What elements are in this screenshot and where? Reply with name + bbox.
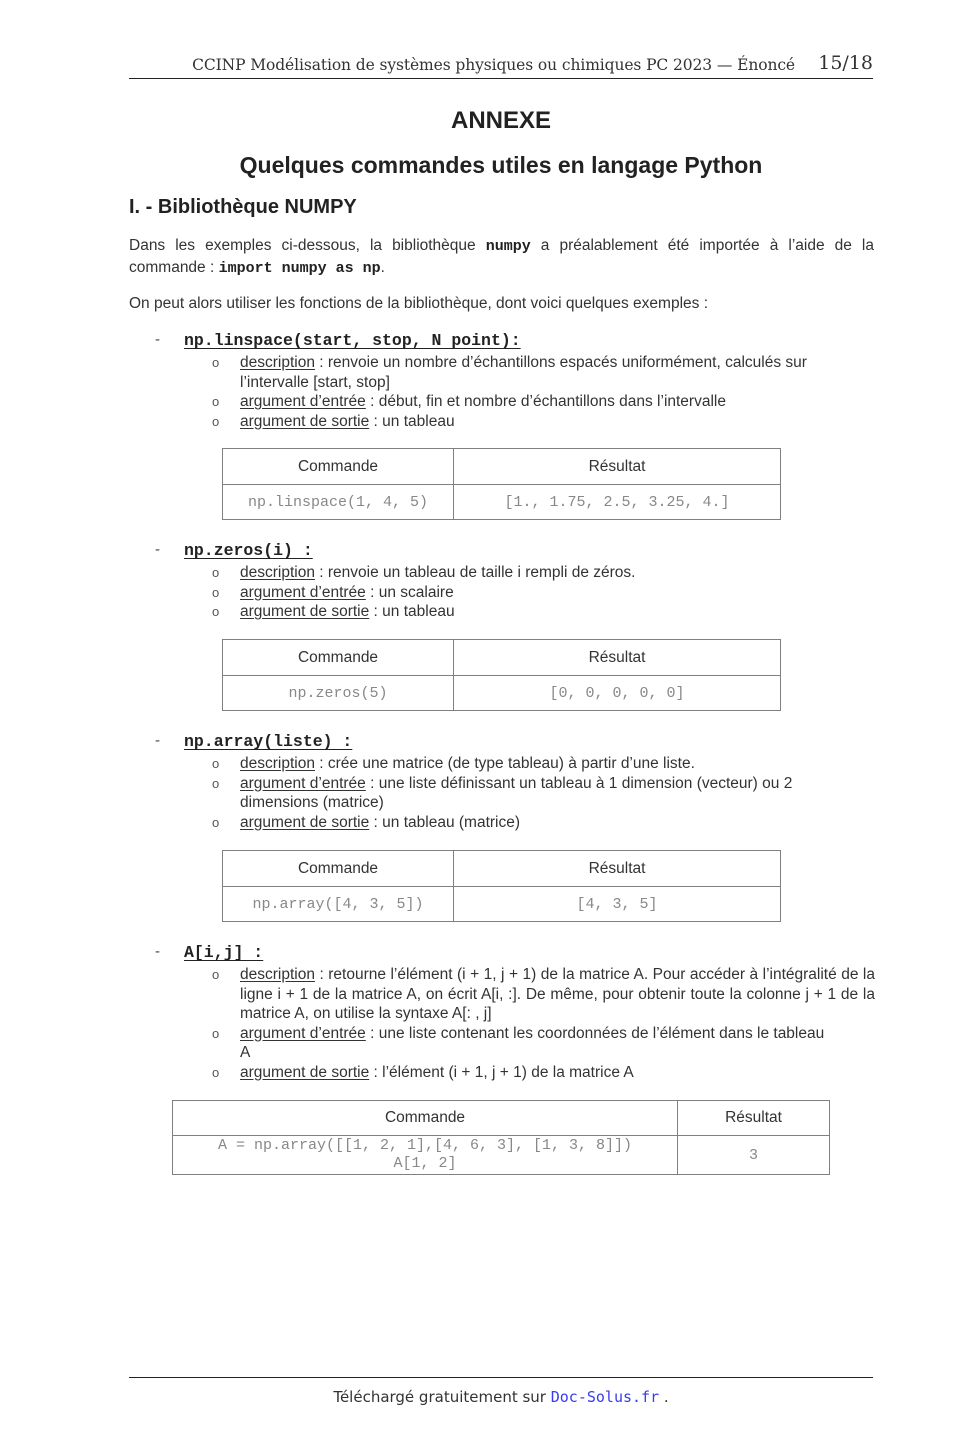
list-dash: - bbox=[155, 732, 160, 749]
result-cell: [1., 1.75, 2.5, 3.25, 4.] bbox=[454, 485, 781, 520]
column-header-command: Commande bbox=[173, 1101, 678, 1136]
section-title: I. - Bibliothèque NUMPY bbox=[129, 196, 357, 219]
output-item: oargument de sortie : un tableau bbox=[155, 602, 875, 622]
column-header-command: Commande bbox=[223, 640, 454, 676]
input-item: oargument d’entrée : une liste définissa… bbox=[155, 774, 835, 813]
function-zeros: - np.zeros(i) : odescription : renvoie u… bbox=[155, 541, 875, 622]
circle-bullet-icon: o bbox=[212, 392, 219, 412]
command-cell: np.array([4, 3, 5]) bbox=[223, 887, 454, 922]
result-cell: [4, 3, 5] bbox=[454, 887, 781, 922]
description-item: odescription : renvoie un tableau de tai… bbox=[155, 563, 875, 583]
function-name: np.zeros(i) : bbox=[184, 541, 313, 560]
input-item: oargument d’entrée : une liste contenant… bbox=[155, 1024, 875, 1063]
column-header-result: Résultat bbox=[454, 851, 781, 887]
circle-bullet-icon: o bbox=[212, 774, 219, 794]
function-indexing: - A[i,j] : odescription : retourne l’élé… bbox=[155, 943, 875, 1082]
circle-bullet-icon: o bbox=[212, 412, 219, 432]
document-page: CCINP Modélisation de systèmes physiques… bbox=[0, 0, 980, 1441]
function-linspace: - np.linspace(start, stop, N point): ode… bbox=[155, 331, 875, 431]
circle-bullet-icon: o bbox=[212, 602, 219, 622]
page-footer: Téléchargé gratuitement sur Doc-Solus.fr… bbox=[0, 1388, 980, 1406]
example-table-array: Commande Résultat np.array([4, 3, 5]) [4… bbox=[222, 850, 781, 922]
result-cell: 3 bbox=[678, 1136, 830, 1175]
list-dash: - bbox=[155, 943, 160, 960]
example-table-linspace: Commande Résultat np.linspace(1, 4, 5) [… bbox=[222, 448, 781, 520]
intro-paragraph: Dans les exemples ci-dessous, la bibliot… bbox=[129, 235, 874, 279]
input-item: oargument d’entrée : début, fin et nombr… bbox=[155, 392, 875, 412]
column-header-command: Commande bbox=[223, 851, 454, 887]
inline-code-numpy: numpy bbox=[486, 238, 531, 255]
examples-intro: On peut alors utiliser les fonctions de … bbox=[129, 293, 874, 314]
result-cell: [0, 0, 0, 0, 0] bbox=[454, 676, 781, 711]
circle-bullet-icon: o bbox=[212, 583, 219, 603]
example-table-indexing: Commande Résultat A = np.array([[1, 2, 1… bbox=[172, 1100, 830, 1175]
annexe-title: ANNEXE bbox=[0, 107, 980, 135]
description-item: odescription : renvoie un nombre d’échan… bbox=[155, 353, 875, 392]
circle-bullet-icon: o bbox=[212, 563, 219, 583]
page-subtitle: Quelques commandes utiles en langage Pyt… bbox=[0, 152, 980, 179]
output-item: oargument de sortie : un tableau (matric… bbox=[155, 813, 835, 833]
function-array: - np.array(liste) : odescription : crée … bbox=[155, 732, 875, 832]
command-cell: np.linspace(1, 4, 5) bbox=[223, 485, 454, 520]
function-name: np.array(liste) : bbox=[184, 732, 352, 751]
list-dash: - bbox=[155, 331, 160, 348]
circle-bullet-icon: o bbox=[212, 965, 219, 985]
circle-bullet-icon: o bbox=[212, 1063, 219, 1083]
column-header-result: Résultat bbox=[454, 449, 781, 485]
doc-solus-link[interactable]: Doc-Solus.fr bbox=[551, 1388, 659, 1406]
column-header-result: Résultat bbox=[454, 640, 781, 676]
header-title: CCINP Modélisation de systèmes physiques… bbox=[192, 56, 795, 74]
column-header-result: Résultat bbox=[678, 1101, 830, 1136]
command-cell: np.zeros(5) bbox=[223, 676, 454, 711]
circle-bullet-icon: o bbox=[212, 353, 219, 373]
description-item: odescription : retourne l’élément (i + 1… bbox=[155, 965, 875, 1024]
page-number: 15/18 bbox=[818, 52, 873, 74]
circle-bullet-icon: o bbox=[212, 754, 219, 774]
description-item: odescription : crée une matrice (de type… bbox=[155, 754, 835, 774]
example-table-zeros: Commande Résultat np.zeros(5) [0, 0, 0, … bbox=[222, 639, 781, 711]
function-name: A[i,j] : bbox=[184, 943, 263, 962]
column-header-command: Commande bbox=[223, 449, 454, 485]
inline-code-import: import numpy as np bbox=[219, 260, 381, 277]
page-header: CCINP Modélisation de systèmes physiques… bbox=[129, 52, 873, 79]
output-item: oargument de sortie : l’élément (i + 1, … bbox=[155, 1063, 875, 1083]
command-cell: A = np.array([[1, 2, 1],[4, 6, 3], [1, 3… bbox=[173, 1136, 678, 1175]
input-item: oargument d’entrée : un scalaire bbox=[155, 583, 875, 603]
list-dash: - bbox=[155, 541, 160, 558]
circle-bullet-icon: o bbox=[212, 1024, 219, 1044]
circle-bullet-icon: o bbox=[212, 813, 219, 833]
function-name: np.linspace(start, stop, N point): bbox=[184, 331, 521, 350]
footer-divider bbox=[129, 1377, 873, 1378]
output-item: oargument de sortie : un tableau bbox=[155, 412, 875, 432]
